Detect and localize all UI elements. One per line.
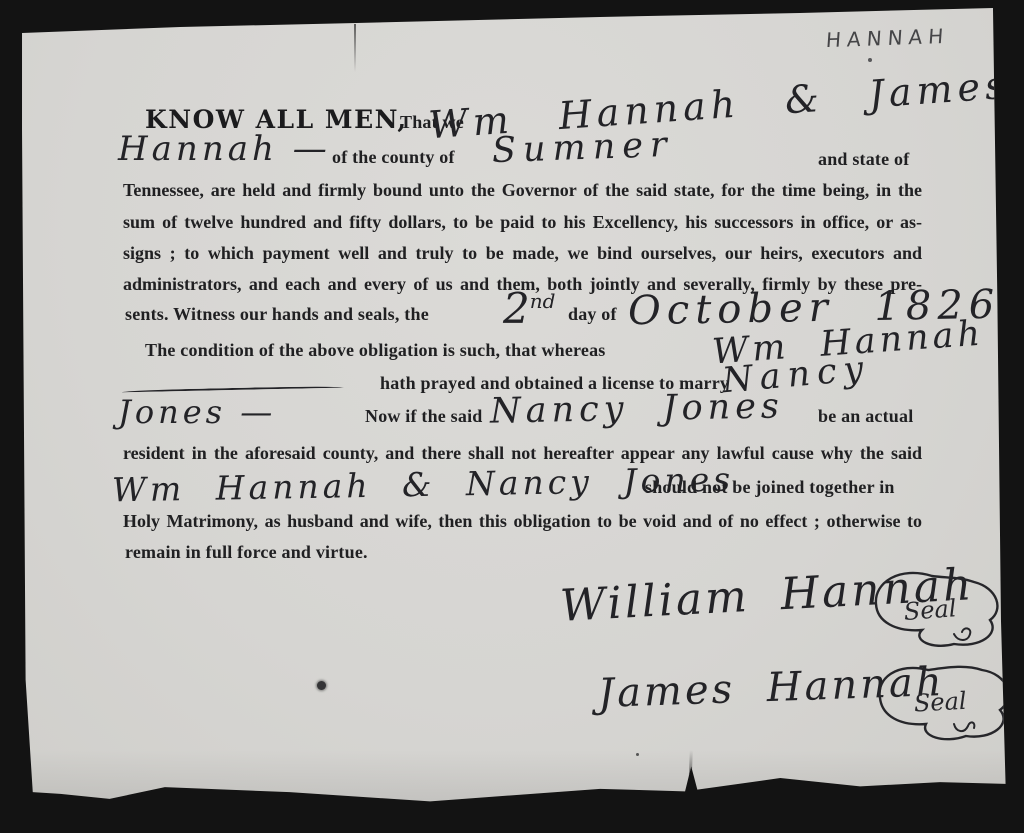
actual-label: be an actual [818,406,913,427]
top-crease [354,24,356,72]
document-paper: HANNAH KNOW ALL MEN, That we Wm Hannah &… [0,0,1024,833]
couple-handwriting: Wm Hannah & Nancy Jones [112,463,735,507]
closing-line: remain in full force and virtue. [125,542,368,563]
bride-last-handwriting: Jones — [118,396,276,428]
body-line-6: Holy Matrimony, as husband and wife, the… [123,511,922,532]
day-handwriting: 2nd [503,288,555,330]
body-line-3: signs ; to which payment well and truly … [123,243,922,264]
day-suffix: nd [530,289,556,313]
body-line-5: resident in the aforesaid county, and th… [123,443,922,464]
ink-blot [317,681,326,690]
seal-scrawl-2: Seal [868,656,1023,751]
witness-label: sents. Witness our hands and seals, the [125,304,429,325]
condition-label: The condition of the above obligation is… [145,340,606,361]
now-if-label: Now if the said [365,406,483,427]
seal-scrawl-1: Seal [862,568,1012,658]
bride-full-handwriting: Nancy Jones [490,389,784,429]
day-number: 2 [503,284,530,333]
state-label: and state of [818,149,909,170]
pencil-dot [868,58,872,62]
scan-background: HANNAH KNOW ALL MEN, That we Wm Hannah &… [0,0,1024,833]
archive-label: HANNAH [825,24,950,52]
county-handwriting: Sumner [491,128,674,169]
seal-text-2: Seal [913,687,967,718]
seal-text-1: Seal [903,594,957,626]
joined-label: should not be joined together in [645,477,895,498]
body-line-2: sum of twelve hundred and fifty dollars,… [123,212,922,233]
principal2-handwriting: Hannah — [118,132,331,166]
day-of-label: day of [568,304,617,325]
county-label: of the county of [332,147,455,168]
bottom-tear [688,750,693,795]
paper-speck [636,753,639,756]
body-line-1: Tennessee, are held and firmly bound unt… [123,180,922,201]
